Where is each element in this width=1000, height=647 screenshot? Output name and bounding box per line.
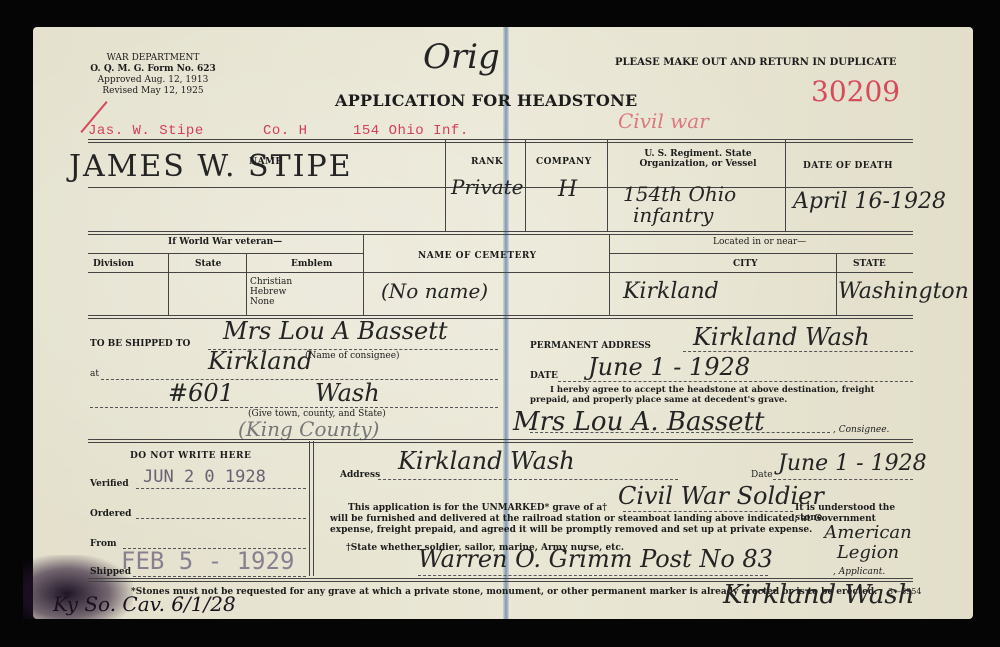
consignee-date-label: DATE: [530, 371, 558, 381]
divider: [445, 139, 446, 231]
regiment-value-line2: infantry: [633, 203, 713, 227]
applicant-date-value: June 1 - 1928: [778, 451, 927, 476]
divider: [313, 441, 314, 576]
name-label: NAME: [249, 157, 283, 167]
verified-label: Verified: [90, 479, 129, 489]
address-state: Wash: [315, 379, 380, 407]
typed-name: Jas. W. Stipe: [88, 123, 204, 139]
divider: [363, 272, 609, 273]
unmarked-grave-statement: This application is for the UNMARKED* gr…: [348, 503, 607, 513]
consignee-date-value: June 1 - 1928: [588, 353, 750, 381]
do-not-write-label: DO NOT WRITE HERE: [130, 451, 251, 461]
typed-company: Co. H: [263, 123, 308, 139]
at-label: at: [90, 369, 99, 379]
cemetery-name-label: NAME OF CEMETERY: [418, 251, 537, 261]
dotted-line: [133, 576, 306, 577]
dotted-line: [623, 511, 793, 512]
applicant-name: Warren O. Grimm Post No 83: [418, 545, 773, 573]
divider: [88, 139, 913, 143]
applicant-address-label: Address: [340, 470, 380, 480]
grave-of-value: Civil War Soldier: [618, 482, 824, 510]
applicant-date-label: Date: [751, 470, 773, 480]
headstone-application-form: WAR DEPARTMENT O. Q. M. G. Form No. 623 …: [33, 27, 973, 619]
ww-veteran-label: If World War veteran—: [168, 237, 282, 247]
form-number: O. Q. M. G. Form No. 623: [73, 64, 233, 75]
dotted-line: [378, 479, 678, 480]
permanent-address-label: PERMANENT ADDRESS: [530, 341, 651, 351]
divider: [168, 253, 169, 315]
date-of-death-label: DATE OF DEATH: [803, 161, 893, 171]
approved-date: Approved Aug. 12, 1913: [73, 75, 233, 86]
typed-regiment: 154 Ohio Inf.: [353, 123, 469, 139]
dotted-line: [418, 575, 768, 576]
at-value: Kirkland: [208, 347, 312, 375]
bottom-scribble: Ky So. Cav. 6/1/28: [53, 592, 236, 616]
dotted-line: [136, 488, 306, 489]
rank-label: RANK: [471, 157, 503, 167]
state-label: State: [195, 259, 221, 269]
agreement-text: I hereby agree to accept the headstone a…: [530, 385, 915, 405]
cemetery-name-value: (No name): [381, 279, 488, 303]
consignee-caption: (Name of consignee): [305, 351, 400, 361]
city-value: Kirkland: [623, 279, 719, 304]
permanent-address-value: Kirkland Wash: [693, 323, 870, 351]
emblem-label: Emblem: [291, 259, 332, 269]
instruction-text: PLEASE MAKE OUT AND RETURN IN DUPLICATE: [615, 57, 896, 68]
header-block: WAR DEPARTMENT O. Q. M. G. Form No. 623 …: [73, 53, 233, 97]
applicant-org: American Legion: [813, 523, 923, 563]
divider: [609, 253, 913, 254]
divider: [607, 139, 608, 231]
consignee-signature: Mrs Lou A. Bassett: [513, 407, 764, 437]
divider: [88, 315, 913, 319]
company-label: COMPANY: [536, 157, 592, 167]
divider: [88, 272, 363, 273]
ordered-label: Ordered: [90, 509, 131, 519]
divider: [88, 253, 363, 254]
divider: [609, 235, 610, 315]
verified-stamp: JUN 2 0 1928: [143, 467, 266, 487]
city-label: CITY: [733, 259, 758, 269]
divider: [609, 272, 913, 273]
shipped-to-value: Mrs Lou A Bassett: [223, 317, 448, 345]
emblem-none: None: [250, 297, 292, 307]
regiment-label: U. S. Regiment. State Organization, or V…: [628, 149, 768, 169]
orig-note: Orig: [423, 37, 500, 77]
divider: [309, 441, 310, 576]
shipped-to-label: TO BE SHIPPED TO: [90, 339, 190, 349]
form-title: APPLICATION FOR HEADSTONE: [335, 91, 638, 110]
address-number: #601: [168, 379, 234, 407]
applicant-address-value: Kirkland Wash: [398, 447, 575, 475]
company-value: H: [558, 177, 577, 202]
rank-value: Private: [451, 175, 524, 199]
state-label-2: STATE: [853, 259, 886, 269]
date-of-death-value: April 16-1928: [793, 189, 946, 214]
civil-war-annotation: Civil war: [618, 109, 709, 133]
shipped-label: Shipped: [90, 567, 131, 577]
divider: [836, 253, 837, 315]
dotted-line: [101, 379, 498, 380]
dotted-line: [558, 381, 913, 382]
dotted-line: [136, 518, 306, 519]
located-label: Located in or near—: [713, 237, 806, 247]
division-label: Division: [93, 259, 134, 269]
divider: [785, 139, 786, 231]
divider: [246, 253, 247, 315]
department-label: WAR DEPARTMENT: [73, 53, 233, 64]
divider: [525, 139, 526, 231]
from-label: From: [90, 539, 117, 549]
revised-date: Revised May 12, 1925: [73, 86, 233, 97]
shipped-stamp: FEB 5 - 1929: [121, 547, 294, 575]
divider: [88, 439, 913, 443]
soldier-name: JAMES W. STIPE: [69, 149, 353, 184]
case-number: 30209: [811, 75, 900, 108]
state-value: Washington: [838, 279, 969, 304]
applicant-suffix: , Applicant.: [833, 567, 885, 577]
applicant-city: Kirkland Wash: [723, 580, 914, 610]
divider: [88, 231, 913, 235]
dotted-line: [683, 351, 913, 352]
emblem-christian: Christian: [250, 277, 292, 287]
county-note: (King County): [238, 417, 379, 441]
emblem-hebrew: Hebrew: [250, 287, 292, 297]
consignee-suffix: , Consignee.: [833, 425, 889, 435]
divider: [363, 235, 364, 315]
emblem-options: Christian Hebrew None: [250, 277, 292, 307]
dotted-line: [773, 479, 913, 480]
dotted-line: [90, 407, 498, 408]
